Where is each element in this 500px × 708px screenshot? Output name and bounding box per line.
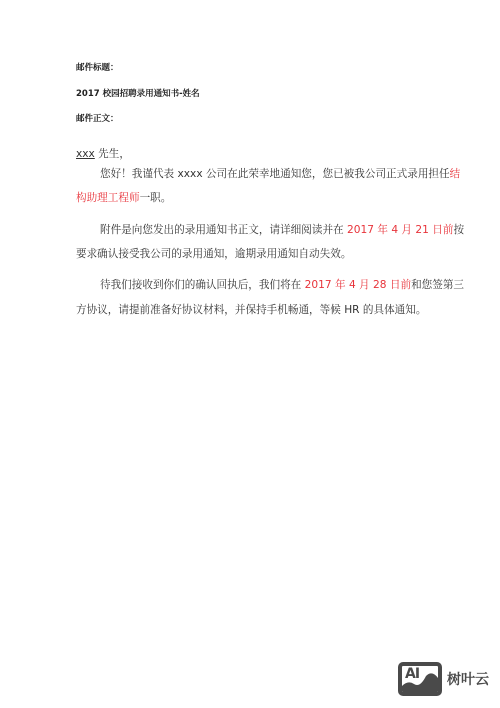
body-label: 邮件正文： <box>76 112 119 124</box>
p3-text-end: 和您签第三 <box>411 279 464 291</box>
paragraph-2-line-2: 要求确认接受我公司的录用通知，逾期录用通知自动失效。 <box>76 246 351 261</box>
paragraph-1-line-2: 构助理工程师一职。 <box>76 190 171 205</box>
paragraph-1-line-1: 您好！我谨代表 xxxx 公司在此荣幸地通知您，您已被我公司正式录用担任结 <box>100 166 460 181</box>
salutation-title: 先生， <box>95 148 130 160</box>
email-subject: 2017 校园招聘录用通知书-姓名 <box>76 87 200 99</box>
p1-end: 一职。 <box>140 192 172 204</box>
signing-date: 2017 年 4 月 28 日前 <box>305 279 411 291</box>
position-highlight: 构助理工程师 <box>76 192 140 204</box>
document-page: 邮件标题： 2017 校园招聘录用通知书-姓名 邮件正文： xxx 先生， 您好… <box>0 0 500 708</box>
p1-text: 您好！我谨代表 xxxx 公司在此荣幸地通知您，您已被我公司正式录用担任 <box>100 168 450 180</box>
subject-label: 邮件标题： <box>76 61 119 73</box>
salutation: xxx 先生， <box>76 146 130 161</box>
paragraph-2-line-1: 附件是向您发出的录用通知书正文，请详细阅读并在 2017 年 4 月 21 日前… <box>100 222 464 237</box>
ai-image-logo-icon: AI <box>398 662 442 696</box>
paragraph-3-line-2: 方协议，请提前准备好协议材料，并保持手机畅通，等候 HR 的具体通知。 <box>76 302 426 317</box>
confirm-deadline: 2017 年 4 月 21 日前 <box>347 224 453 236</box>
position-highlight-start: 结 <box>450 168 461 180</box>
paragraph-3-line-1: 待我们接收到你们的确认回执后，我们将在 2017 年 4 月 28 日前和您签第… <box>100 277 464 292</box>
p3-text: 待我们接收到你们的确认回执后，我们将在 <box>100 279 305 291</box>
p2-text: 附件是向您发出的录用通知书正文，请详细阅读并在 <box>100 224 347 236</box>
brand-name: 树叶云 <box>447 669 489 689</box>
watermark: AI 树叶云 <box>398 662 489 696</box>
p2-text-end: 按 <box>453 224 464 236</box>
recipient-name: xxx <box>76 148 95 160</box>
